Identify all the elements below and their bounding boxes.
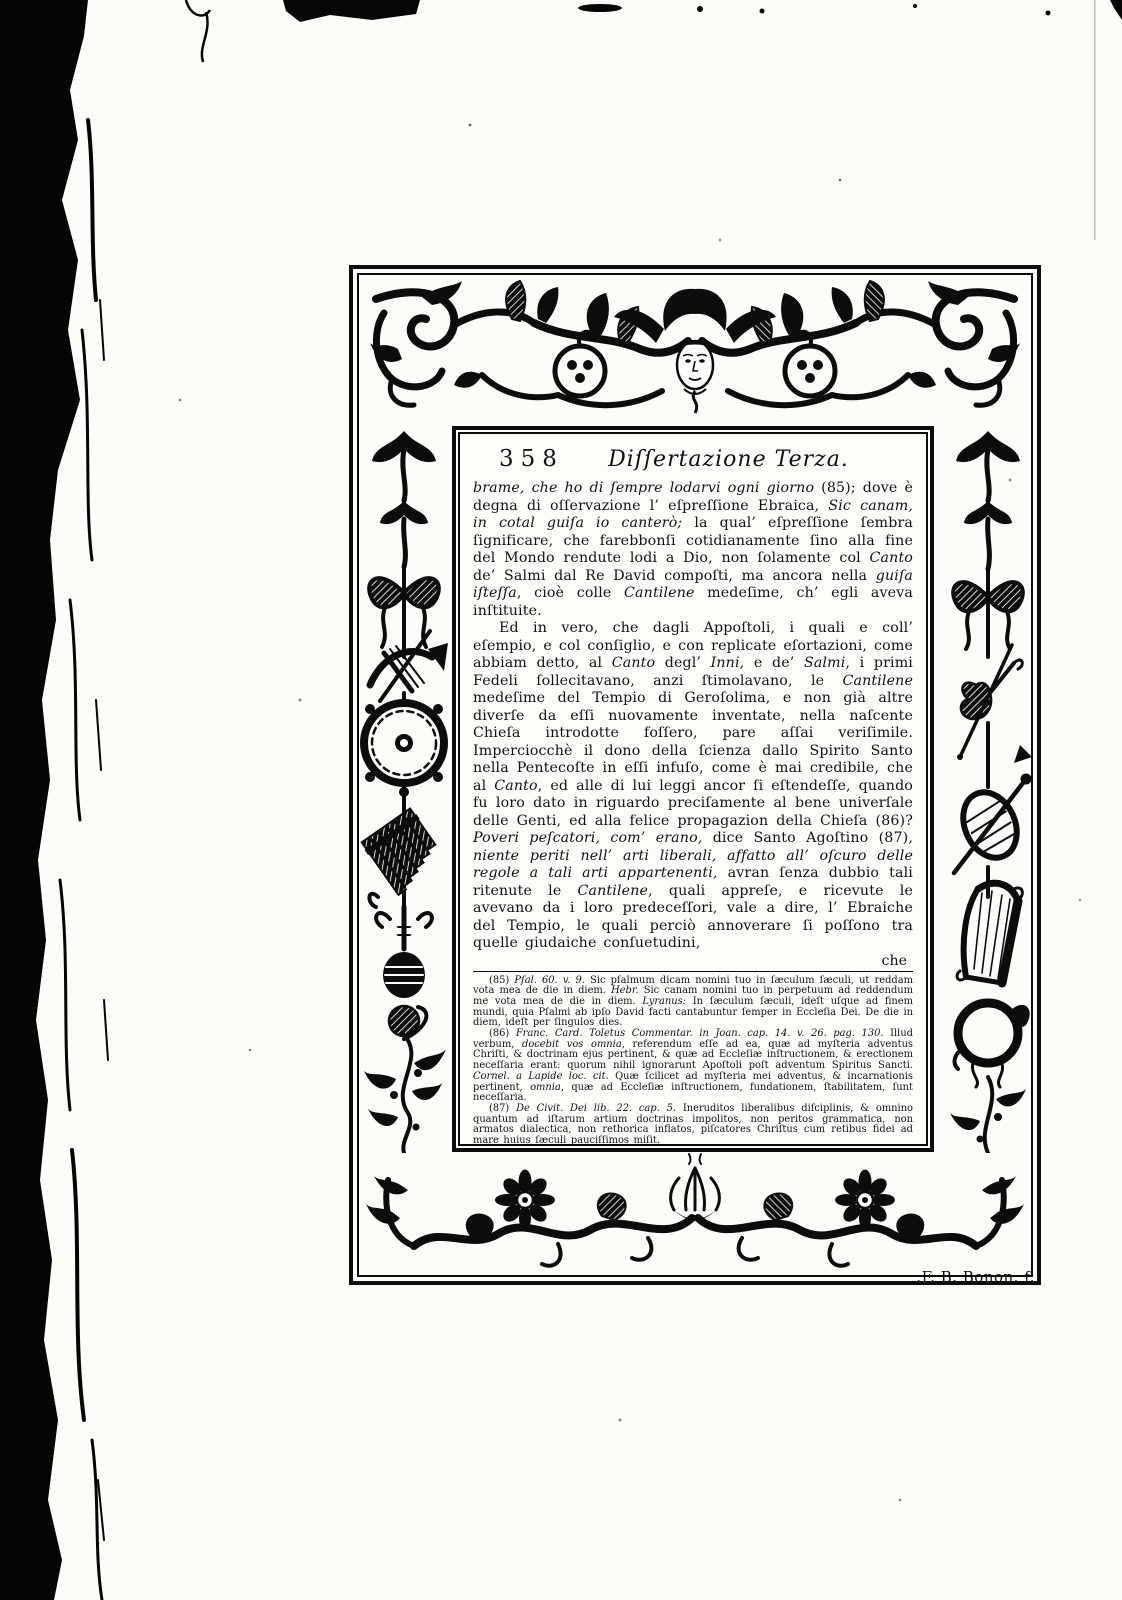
body-paragraph: Ed in vero, che dagli Appoſtoli, i quali… <box>473 620 913 953</box>
panpipes-icon <box>360 783 448 907</box>
palmette-icon <box>671 1154 720 1220</box>
footnote: (87) De Civit. Dei lib. 22. cap. 5. Iner… <box>473 1104 913 1146</box>
catchword: che <box>473 953 913 969</box>
rosette-icon <box>495 1170 555 1230</box>
acanthus-scroll-left <box>370 281 688 405</box>
top-edge-smudge <box>283 0 420 22</box>
body-paragraph: brame, che ho di ſempre lodarvi ogni gio… <box>473 480 913 620</box>
harp-icon <box>957 867 1022 983</box>
hunting-horn-icon <box>955 1003 1030 1087</box>
running-title: Diſſertazione Terza. <box>564 447 913 472</box>
scanned-book-page: .F. B. Bonon. f. 358 Diſſertazione Terza… <box>0 0 1122 1600</box>
lute-icon <box>376 907 432 1036</box>
text-panel: 358 Diſſertazione Terza. brame, che ho d… <box>452 426 934 1152</box>
gutter-shadow <box>0 0 88 1600</box>
fleuron-icon <box>956 431 1020 569</box>
top-edge-crack <box>186 0 210 62</box>
text-panel-inner-rule: 358 Diſſertazione Terza. brame, che ho d… <box>458 432 928 1146</box>
left-border-engraving <box>360 427 448 1153</box>
footnote: (86) Franc. Card. Toletus Commentar. in … <box>473 1029 913 1104</box>
scrollwork-left <box>366 1170 692 1266</box>
leaf-spray-icon <box>950 1077 1026 1153</box>
page-number: 358 <box>499 446 564 472</box>
bottom-border-engraving <box>362 1152 1028 1276</box>
top-border-engraving <box>362 279 1028 427</box>
footnote-rule <box>473 971 913 972</box>
engraver-signature: .F. B. Bonon. f. <box>885 1268 1035 1286</box>
page-header: 358 Diſſertazione Terza. <box>473 446 913 472</box>
right-border-engraving <box>942 427 1032 1153</box>
fleuron-icon <box>372 431 436 567</box>
footnote: (85) Pſal. 60. v. 9. Sic pſalmum dicam n… <box>473 976 913 1030</box>
